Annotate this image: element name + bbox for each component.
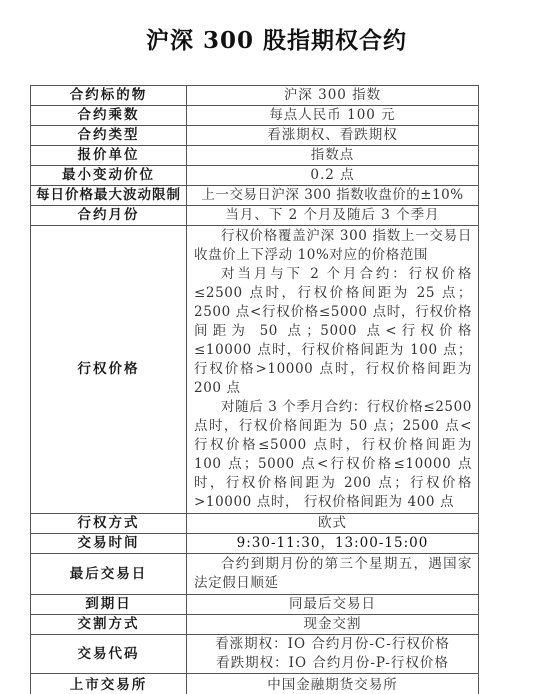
row-value: 行权价格覆盖沪深 300 指数上一交易日收盘价上下浮动 10%对应的价格范围 对… <box>187 226 479 514</box>
row-label: 合约标的物 <box>31 86 187 106</box>
document-title: 沪深 300 股指期权合约 <box>0 22 553 55</box>
quarterly-month-interval-paragraph: 对随后 3 个季月合约：行权价格≤2500 点时，行权价格间距为 50 点；25… <box>194 398 472 512</box>
call-code-line: 看涨期权：IO 合约月份-C-行权价格 <box>187 635 478 654</box>
row-label: 到期日 <box>31 595 187 615</box>
table-row-contract-months: 合约月份 当月、下 2 个月及随后 3 个季月 <box>31 206 479 226</box>
table-row-multiplier: 合约乘数 每点人民币 100 元 <box>31 106 479 126</box>
row-value: 看涨期权：IO 合约月份-C-行权价格 看跌期权：IO 合约月份-P-行权价格 <box>187 635 479 674</box>
row-value: 当月、下 2 个月及随后 3 个季月 <box>187 206 479 226</box>
exercise-price-range-paragraph: 行权价格覆盖沪深 300 指数上一交易日收盘价上下浮动 10%对应的价格范围 <box>194 227 472 265</box>
put-code-line: 看跌期权：IO 合约月份-P-行权价格 <box>187 654 478 673</box>
table-row-expiration-day: 到期日 同最后交易日 <box>31 595 479 615</box>
near-month-interval-paragraph: 对当月与下 2 个月合约：行权价格≤2500 点时，行权价格间距为 25 点；2… <box>194 265 472 398</box>
row-label: 报价单位 <box>31 146 187 166</box>
row-value: 合约到期月份的第三个星期五，遇国家法定假日顺延 <box>187 554 479 595</box>
row-label: 合约乘数 <box>31 106 187 126</box>
row-value: 中国金融期货交易所 <box>187 674 479 694</box>
row-label: 最小变动价位 <box>31 166 187 186</box>
row-label: 合约月份 <box>31 206 187 226</box>
row-value: 每点人民币 100 元 <box>187 106 479 126</box>
table-row-quote-unit: 报价单位 指数点 <box>31 146 479 166</box>
row-value: 9:30-11:30，13:00-15:00 <box>187 534 479 554</box>
table-row-underlying: 合约标的物 沪深 300 指数 <box>31 86 479 106</box>
table-row-last-trading-day: 最后交易日 合约到期月份的第三个星期五，遇国家法定假日顺延 <box>31 554 479 595</box>
row-label: 上市交易所 <box>31 674 187 694</box>
table-row-exercise-price: 行权价格 行权价格覆盖沪深 300 指数上一交易日收盘价上下浮动 10%对应的价… <box>31 226 479 514</box>
row-label: 交易代码 <box>31 635 187 674</box>
row-value: 上一交易日沪深 300 指数收盘价的±10% <box>187 186 479 206</box>
contract-spec-table: 合约标的物 沪深 300 指数 合约乘数 每点人民币 100 元 合约类型 看涨… <box>30 85 479 694</box>
row-value: 指数点 <box>187 146 479 166</box>
row-label: 交易时间 <box>31 534 187 554</box>
last-trading-day-text: 合约到期月份的第三个星期五，遇国家法定假日顺延 <box>194 555 472 593</box>
row-label: 每日价格最大波动限制 <box>31 186 187 206</box>
table-row-exercise-style: 行权方式 欧式 <box>31 514 479 534</box>
table-row-contract-type: 合约类型 看涨期权、看跌期权 <box>31 126 479 146</box>
row-label: 合约类型 <box>31 126 187 146</box>
table-row-exchange: 上市交易所 中国金融期货交易所 <box>31 674 479 694</box>
row-label: 行权价格 <box>31 226 187 514</box>
table-row-trading-hours: 交易时间 9:30-11:30，13:00-15:00 <box>31 534 479 554</box>
table-row-trading-code: 交易代码 看涨期权：IO 合约月份-C-行权价格 看跌期权：IO 合约月份-P-… <box>31 635 479 674</box>
table-row-tick-size: 最小变动价位 0.2 点 <box>31 166 479 186</box>
row-value: 现金交割 <box>187 615 479 635</box>
table-row-settlement: 交割方式 现金交割 <box>31 615 479 635</box>
row-label: 交割方式 <box>31 615 187 635</box>
table-row-price-limit: 每日价格最大波动限制 上一交易日沪深 300 指数收盘价的±10% <box>31 186 479 206</box>
row-value: 看涨期权、看跌期权 <box>187 126 479 146</box>
row-label: 行权方式 <box>31 514 187 534</box>
row-value: 沪深 300 指数 <box>187 86 479 106</box>
row-value: 欧式 <box>187 514 479 534</box>
row-value: 同最后交易日 <box>187 595 479 615</box>
row-value: 0.2 点 <box>187 166 479 186</box>
row-label: 最后交易日 <box>31 554 187 595</box>
